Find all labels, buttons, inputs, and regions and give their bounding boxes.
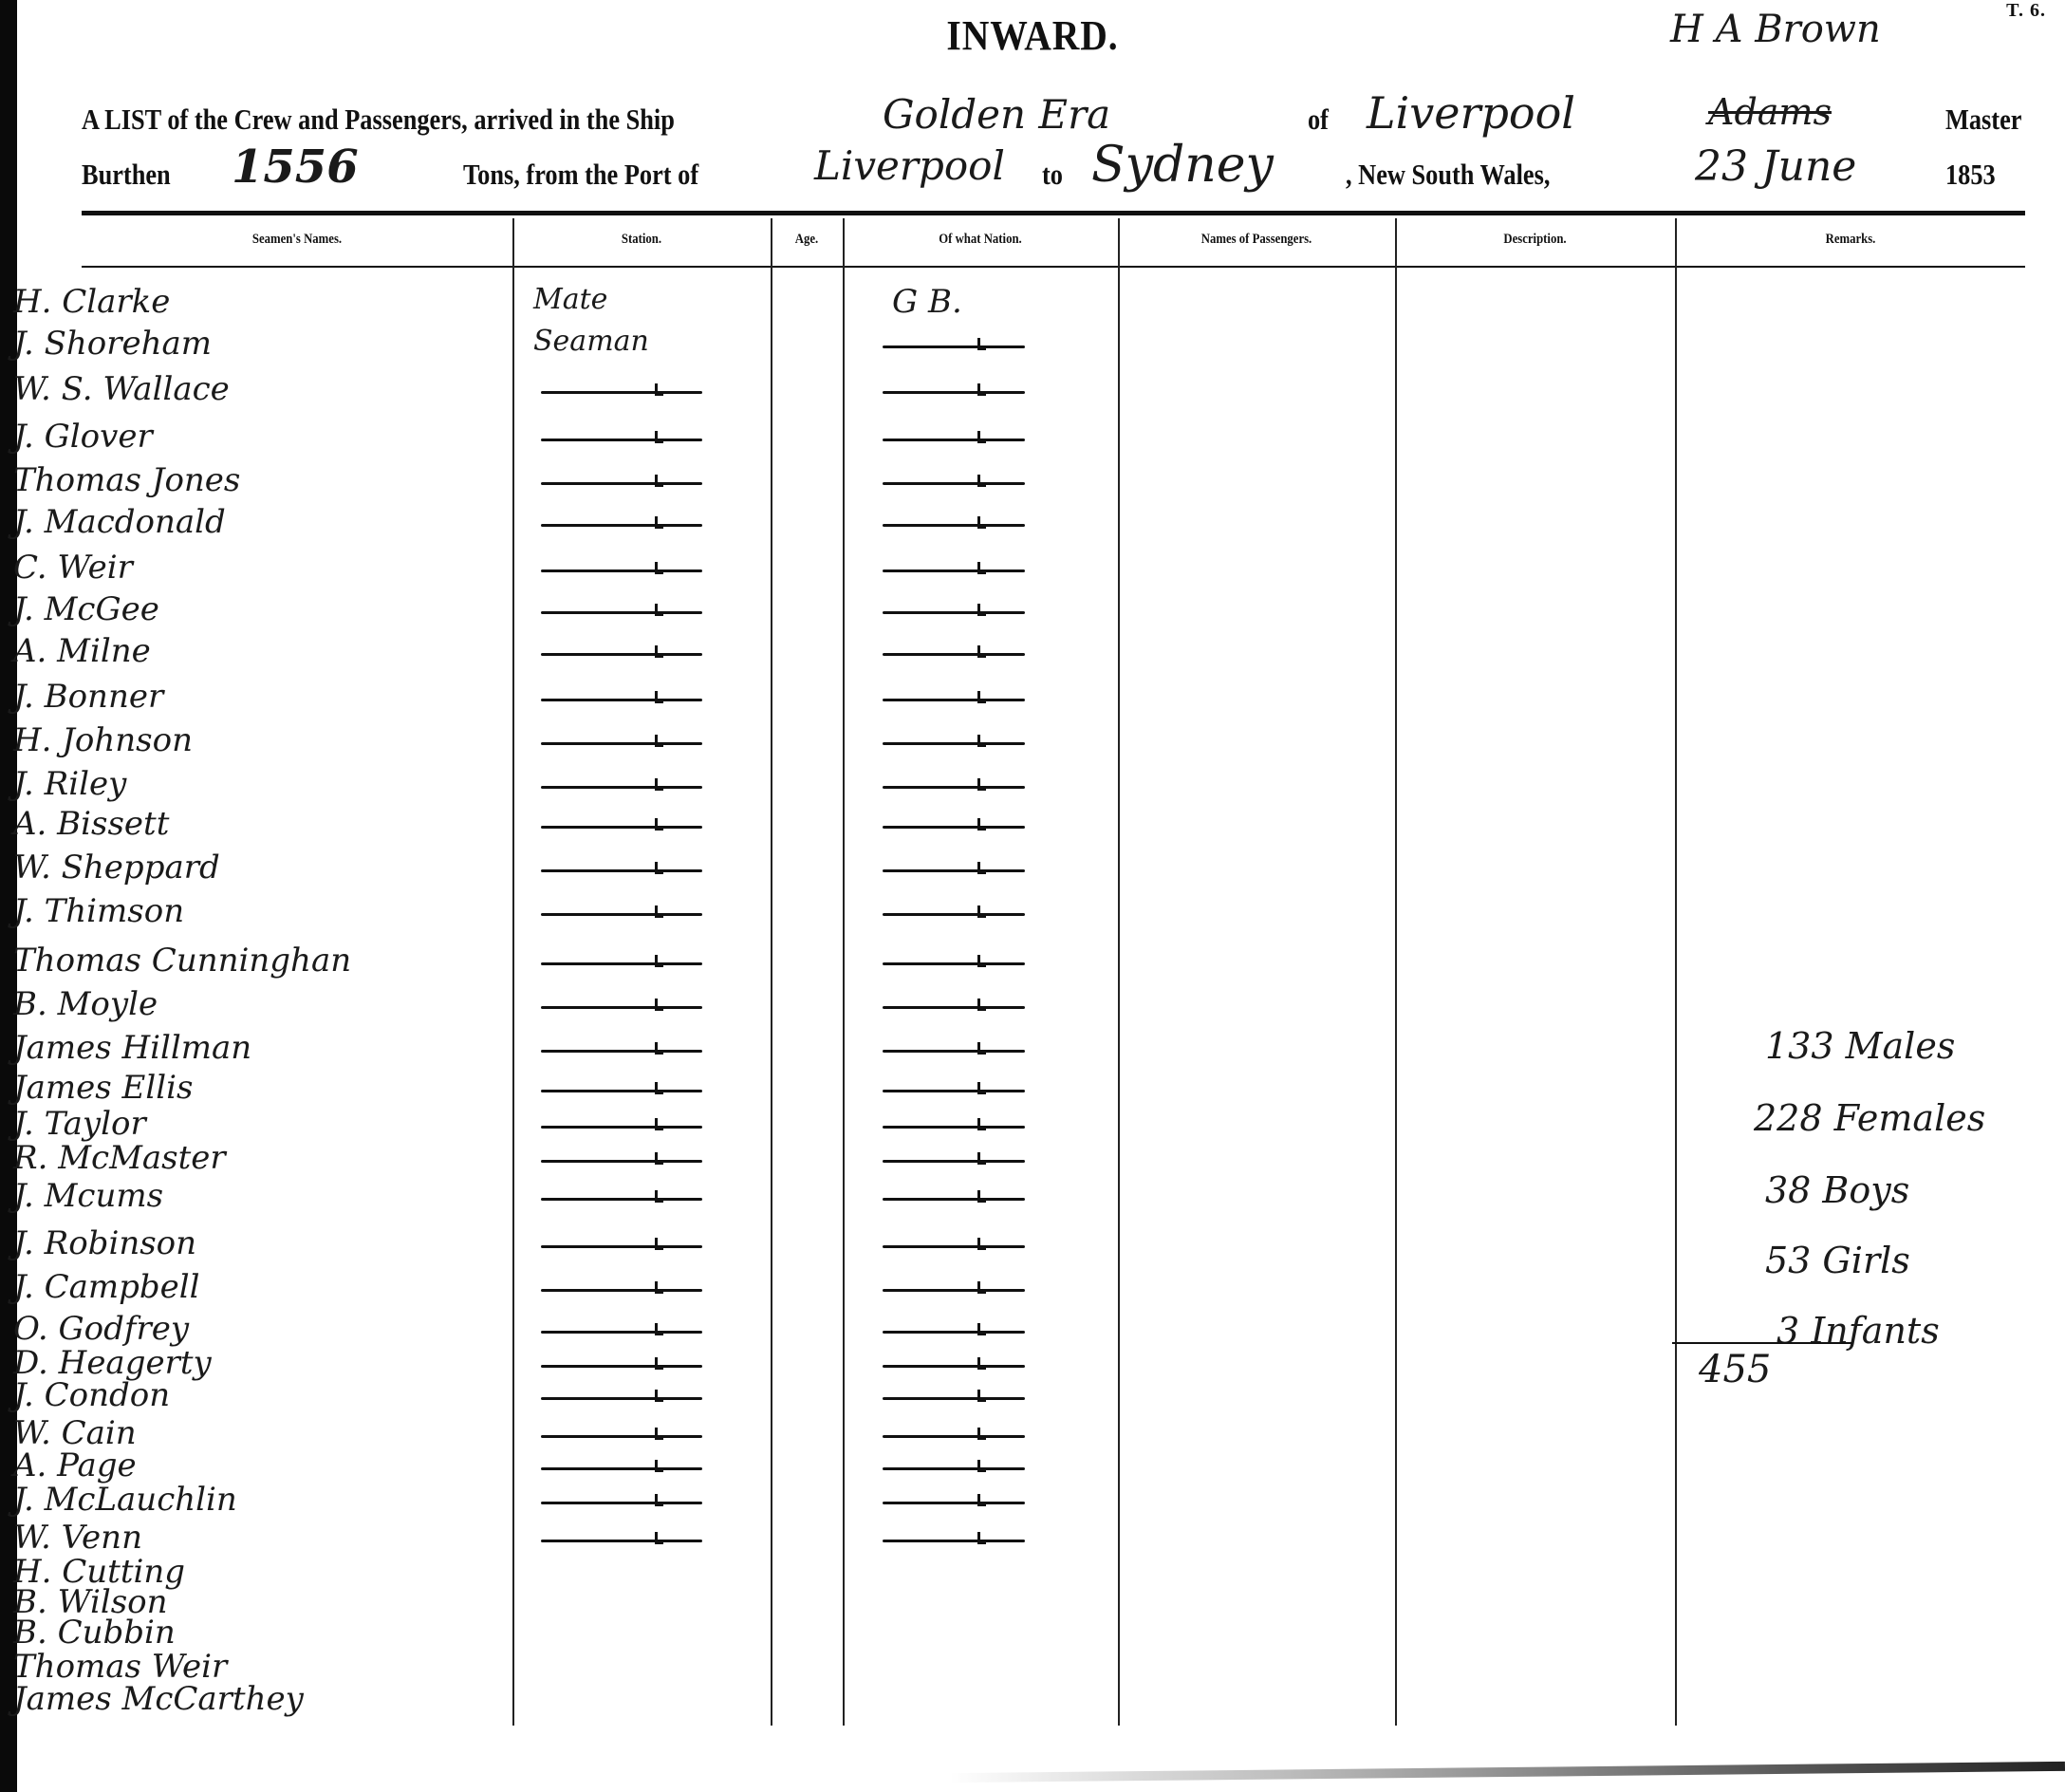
crew-row: James McCarthey [0, 1680, 2065, 1716]
ditto-mark-nation [883, 1397, 1025, 1400]
column-header-remarks: Remarks. [1702, 232, 2000, 248]
seaman-name: W. Sheppard [13, 849, 220, 887]
seaman-name: A. Page [13, 1447, 137, 1484]
ditto-mark-station [541, 1006, 702, 1009]
sum-rule [1672, 1342, 1852, 1344]
crew-row: James Hillman [0, 1029, 2065, 1065]
arrival-year: 1853 [1945, 158, 1996, 192]
ditto-mark-nation [883, 1331, 1025, 1334]
nation-value: G B. [892, 283, 962, 321]
seaman-name: B. Moyle [13, 985, 158, 1023]
ditto-mark-station [541, 913, 702, 916]
ditto-mark-station [541, 786, 702, 789]
seaman-name: J. McGee [13, 590, 159, 628]
to-port: Sydney [1091, 137, 1274, 194]
crew-row: W. Sheppard [0, 849, 2065, 885]
ditto-mark-station [541, 1397, 702, 1400]
station-value: Mate [533, 283, 607, 316]
ditto-mark-station [541, 962, 702, 965]
seaman-name: B. Cubbin [13, 1614, 176, 1652]
ditto-mark-nation [883, 1090, 1025, 1092]
crew-row: J. Riley [0, 765, 2065, 801]
ditto-mark-nation [883, 345, 1025, 348]
ditto-mark-station [541, 742, 702, 745]
ditto-mark-station [541, 1467, 702, 1470]
ditto-mark-station [541, 1126, 702, 1129]
crew-row: J. Thimson [0, 892, 2065, 928]
list-prefix: A LIST of the Crew and Passengers, arriv… [82, 103, 675, 137]
column-header-station: Station. [531, 232, 751, 248]
ditto-mark-station [541, 391, 702, 394]
ditto-mark-station [541, 1160, 702, 1163]
ditto-mark-nation [883, 391, 1025, 394]
seaman-name: H. Johnson [13, 721, 193, 759]
column-header-age: Age. [776, 232, 838, 248]
crew-row: B. Moyle [0, 985, 2065, 1021]
ditto-mark-nation [883, 1006, 1025, 1009]
to-label: to [1042, 158, 1063, 192]
ditto-mark-nation [883, 611, 1025, 614]
form-code: T. 6. [2006, 0, 2046, 22]
ditto-mark-nation [883, 1160, 1025, 1163]
remark-boys: 38 Boys [1765, 1169, 1909, 1211]
ditto-mark-nation [883, 653, 1025, 656]
tons-label: Tons, from the Port of [463, 158, 698, 192]
ditto-mark-nation [883, 786, 1025, 789]
seaman-name: Thomas Jones [13, 461, 240, 499]
crew-row: J. Bonner [0, 678, 2065, 714]
ditto-mark-nation [883, 1502, 1025, 1504]
crew-row: J. Macdonald [0, 503, 2065, 539]
crew-row: Thomas Cunninghan [0, 942, 2065, 978]
column-header-description: Description. [1416, 232, 1654, 248]
crew-row: J. Mcums [0, 1177, 2065, 1213]
ditto-mark-nation [883, 1245, 1025, 1248]
ditto-mark-nation [883, 869, 1025, 872]
ditto-mark-nation [883, 1198, 1025, 1201]
crew-row: J. Glover [0, 418, 2065, 454]
ditto-mark-nation [883, 1365, 1025, 1368]
page-bottom-edge [949, 1762, 2065, 1783]
home-port: Liverpool [1367, 87, 1575, 139]
ditto-mark-nation [883, 1289, 1025, 1292]
crew-row: H. Johnson [0, 721, 2065, 757]
state-label: , New South Wales, [1346, 158, 1550, 192]
crew-row: J. Campbell [0, 1268, 2065, 1304]
remark-girls: 53 Girls [1765, 1240, 1910, 1281]
crew-row: W. S. Wallace [0, 370, 2065, 406]
ditto-mark-station [541, 482, 702, 485]
ditto-mark-station [541, 524, 702, 527]
seaman-name: C. Weir [13, 549, 133, 587]
master-name: H A Brown [1670, 8, 1881, 51]
burthen-tons: 1556 [232, 140, 359, 194]
header-rule [82, 211, 2025, 215]
crew-row: J. McLauchlin [0, 1481, 2065, 1517]
crew-row: R. McMaster [0, 1139, 2065, 1175]
seaman-name: J. Bonner [13, 678, 163, 716]
seaman-name: J. Riley [13, 765, 126, 803]
ditto-mark-station [541, 611, 702, 614]
ditto-mark-nation [883, 524, 1025, 527]
ditto-mark-station [541, 826, 702, 829]
burthen-label: Burthen [82, 158, 171, 192]
remark-females: 228 Females [1754, 1097, 1985, 1139]
ditto-mark-station [541, 699, 702, 701]
crew-row: B. Cubbin [0, 1614, 2065, 1650]
ditto-mark-nation [883, 826, 1025, 829]
master-struck: Adams [1708, 91, 1832, 133]
ditto-mark-station [541, 1435, 702, 1438]
ditto-mark-station [541, 653, 702, 656]
crew-row: A. Page [0, 1447, 2065, 1483]
seaman-name: James McCarthey [13, 1680, 304, 1718]
seaman-name: H. Clarke [13, 283, 170, 321]
seaman-name: J. Shoreham [13, 325, 212, 363]
ditto-mark-nation [883, 439, 1025, 441]
ditto-mark-station [541, 1331, 702, 1334]
remark-total: 455 [1699, 1348, 1771, 1391]
crew-row: A. Bissett [0, 805, 2065, 841]
ditto-mark-station [541, 1050, 702, 1053]
ship-name: Golden Era [883, 91, 1110, 138]
seaman-name: James Hillman [13, 1029, 251, 1067]
ditto-mark-nation [883, 1467, 1025, 1470]
seaman-name: J. Campbell [13, 1268, 200, 1306]
ditto-mark-nation [883, 569, 1025, 572]
seaman-name: R. McMaster [13, 1139, 226, 1177]
ditto-mark-station [541, 439, 702, 441]
ditto-mark-station [541, 1365, 702, 1368]
of-label: of [1308, 103, 1329, 137]
seaman-name: J. Thimson [13, 892, 184, 930]
remark-males: 133 Males [1765, 1025, 1955, 1067]
crew-row: W. Cain [0, 1414, 2065, 1450]
seaman-name: J. Taylor [13, 1105, 146, 1143]
ditto-mark-station [541, 1090, 702, 1092]
crew-row: J. ShorehamSeaman [0, 325, 2065, 361]
from-port: Liverpool [814, 142, 1005, 189]
crew-row: W. Venn [0, 1519, 2065, 1555]
seaman-name: W. Venn [13, 1519, 142, 1557]
seaman-name: J. McLauchlin [13, 1481, 237, 1519]
column-header-seamens-names: Seamen's Names. [114, 232, 480, 248]
seaman-name: J. Robinson [13, 1224, 196, 1262]
seaman-name: J. Glover [13, 418, 153, 456]
master-label: Master [1945, 103, 2021, 137]
seaman-name: W. S. Wallace [13, 370, 230, 408]
crew-row: A. Milne [0, 632, 2065, 668]
remark-infants: 3 Infants [1777, 1310, 1940, 1352]
ditto-mark-nation [883, 1050, 1025, 1053]
seaman-name: J. Macdonald [13, 503, 226, 541]
column-header-passengers: Names of Passengers. [1139, 232, 1374, 248]
crew-row: C. Weir [0, 549, 2065, 585]
seaman-name: J. Mcums [13, 1177, 163, 1215]
ditto-mark-nation [883, 482, 1025, 485]
ditto-mark-nation [883, 1540, 1025, 1542]
ditto-mark-station [541, 1289, 702, 1292]
ditto-mark-station [541, 1245, 702, 1248]
ditto-mark-nation [883, 1126, 1025, 1129]
seaman-name: Thomas Cunninghan [13, 942, 351, 980]
ditto-mark-station [541, 1502, 702, 1504]
ditto-mark-station [541, 569, 702, 572]
station-value: Seaman [533, 325, 649, 358]
crew-row: O. Godfrey [0, 1310, 2065, 1346]
crew-row: Thomas Weir [0, 1648, 2065, 1684]
seaman-name: James Ellis [13, 1069, 193, 1107]
seaman-name: J. Condon [13, 1376, 170, 1414]
ditto-mark-station [541, 1540, 702, 1542]
ditto-mark-nation [883, 962, 1025, 965]
crew-row: Thomas Jones [0, 461, 2065, 497]
ditto-mark-nation [883, 699, 1025, 701]
ditto-mark-station [541, 1198, 702, 1201]
seaman-name: A. Bissett [13, 805, 169, 843]
subheader-rule [82, 266, 2025, 268]
crew-row: H. ClarkeMateG B. [0, 283, 2065, 319]
crew-row: J. Robinson [0, 1224, 2065, 1260]
column-header-nation: Of what Nation. [864, 232, 1098, 248]
arrival-date: 23 June [1695, 142, 1856, 191]
crew-row: J. McGee [0, 590, 2065, 626]
seaman-name: A. Milne [13, 632, 151, 670]
ditto-mark-nation [883, 913, 1025, 916]
seaman-name: O. Godfrey [13, 1310, 189, 1348]
ditto-mark-nation [883, 742, 1025, 745]
ditto-mark-nation [883, 1435, 1025, 1438]
ditto-mark-station [541, 869, 702, 872]
